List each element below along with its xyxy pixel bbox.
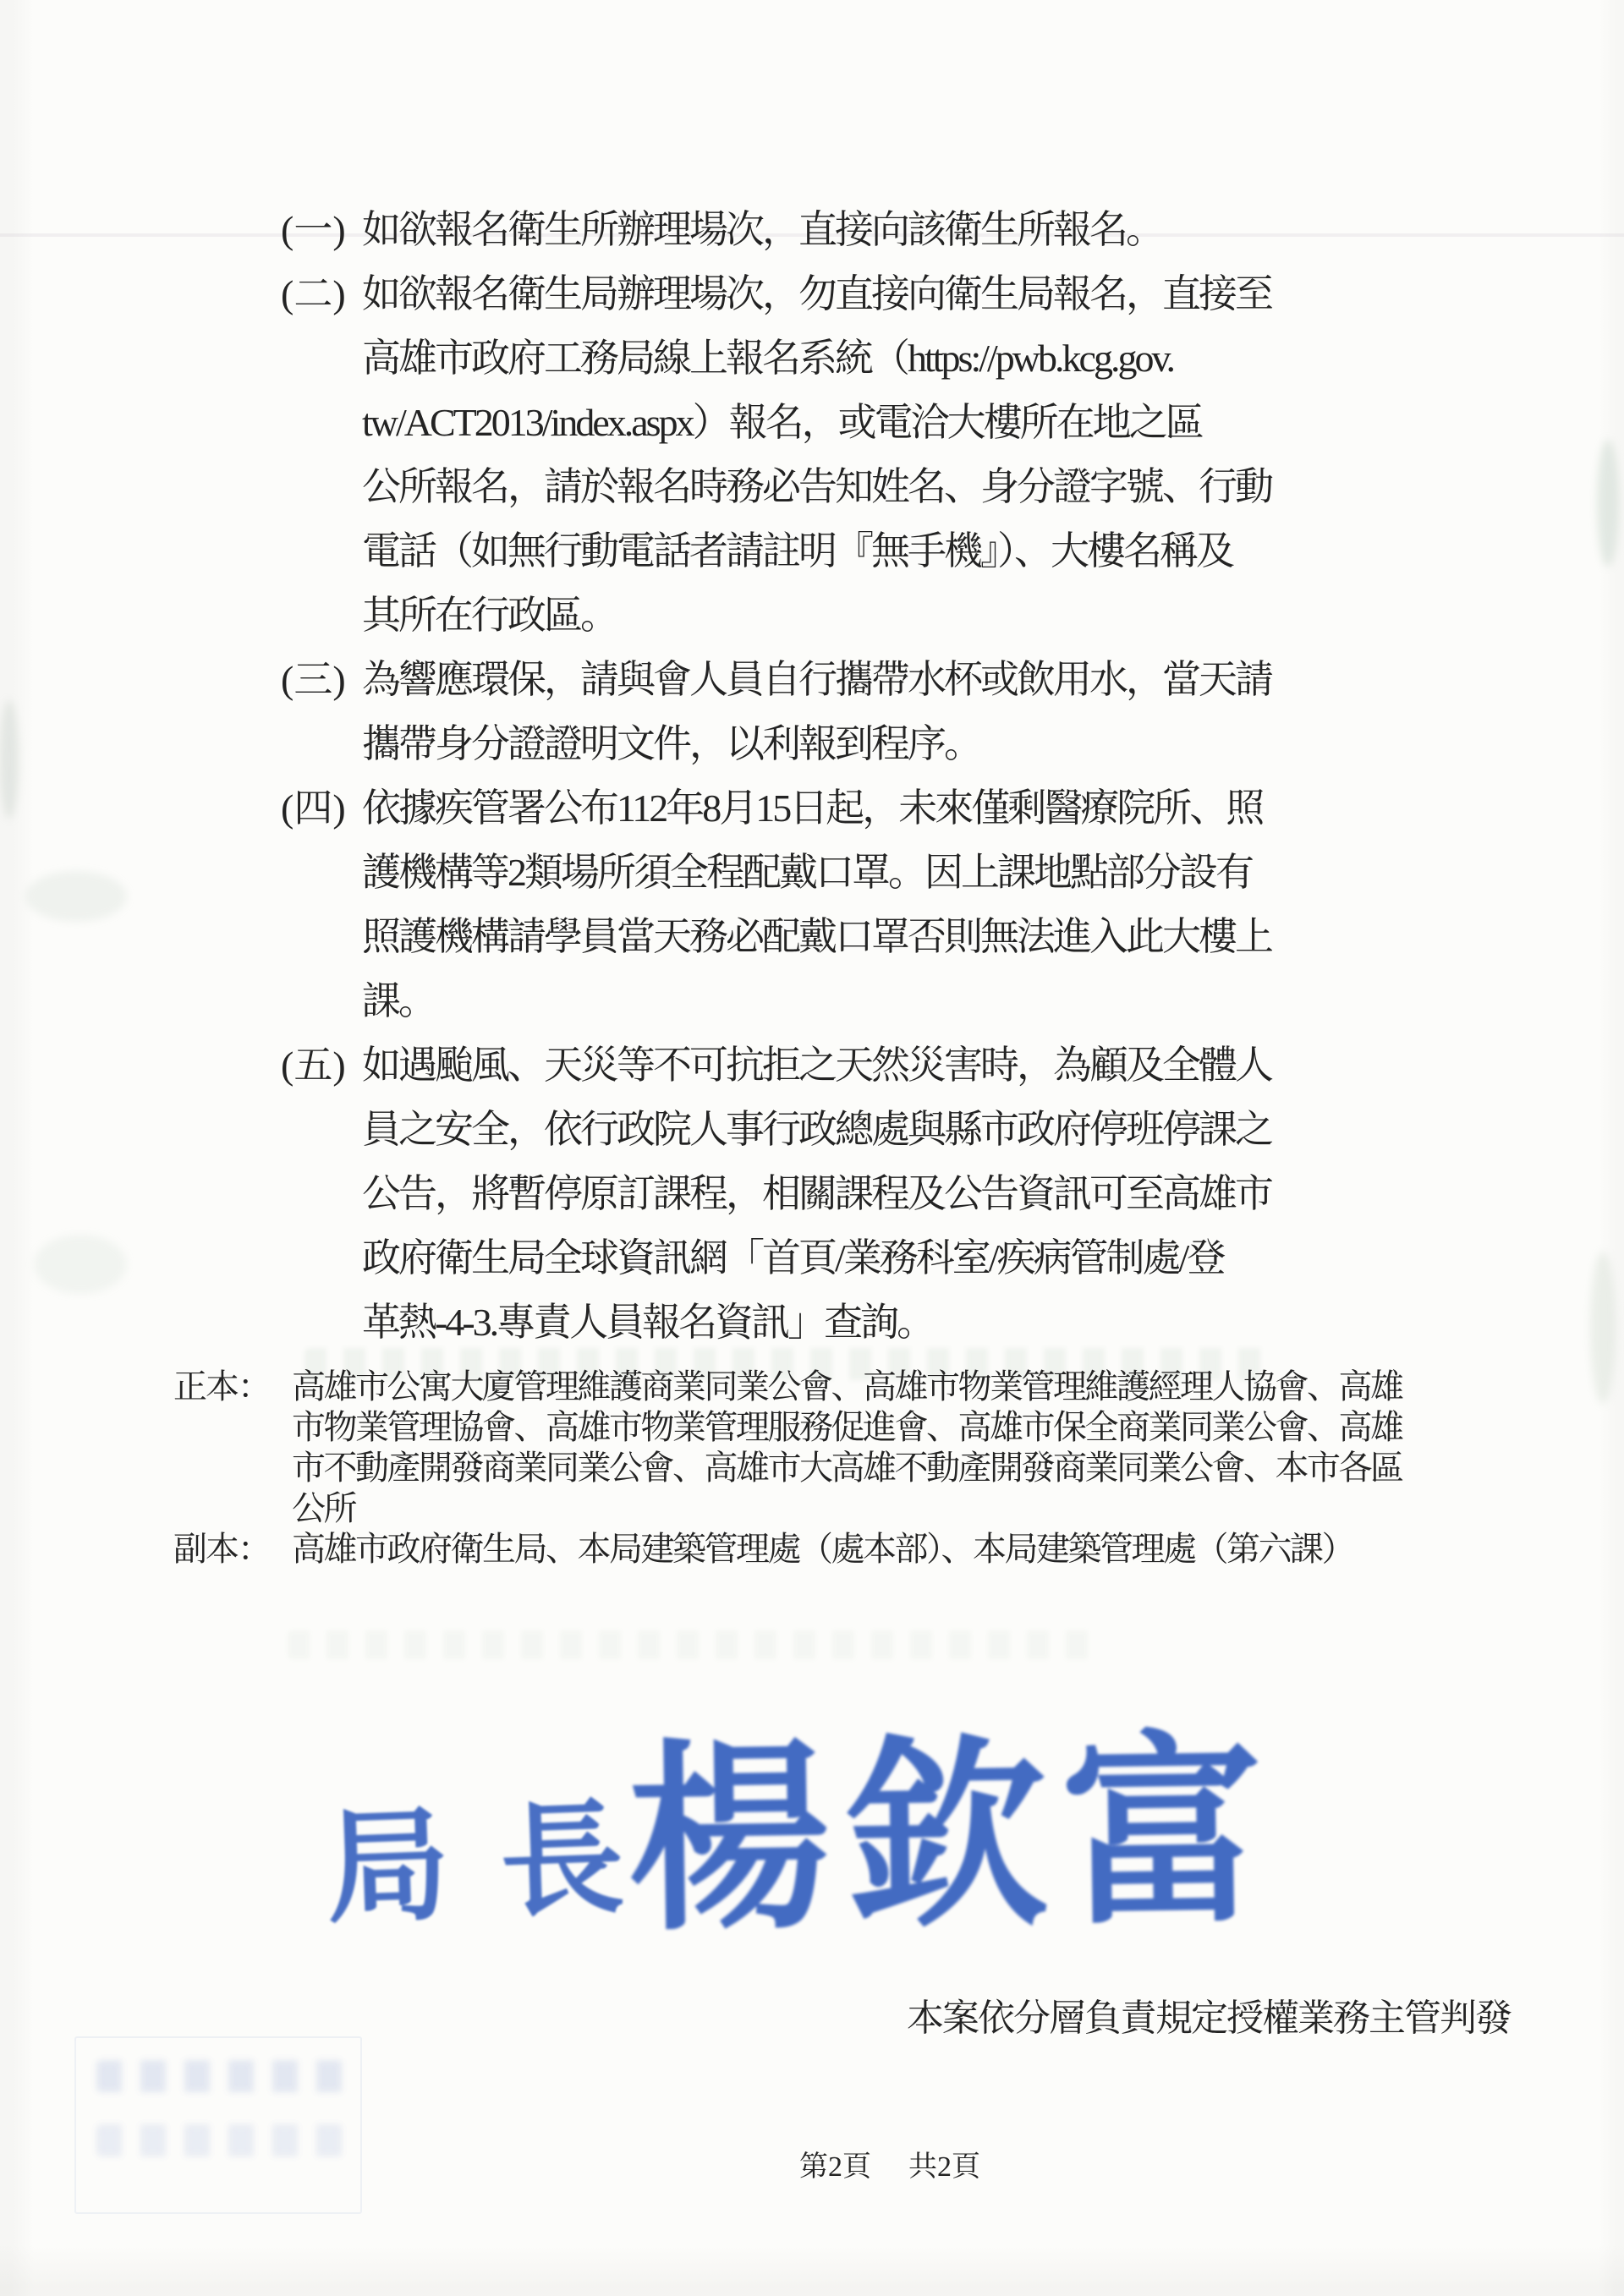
notice-list: (一)如欲報名衛生所辦理場次，直接向該衛生所報名。(二)如欲報名衛生局辦理場次，… [281,198,1296,1355]
original-recipient-lines: 高雄市公寓大廈管理維護商業同業公會、高雄市物業管理維護經理人協會、高雄市物業管理… [292,1367,1493,1529]
recipient-line: 高雄市公寓大廈管理維護商業同業公會、高雄市物業管理維護經理人協會、高雄 [292,1367,1493,1407]
notice-item: (二)如欲報名衛生局辦理場次，勿直接向衛生局報名，直接至高雄市政府工務局線上報名… [281,262,1296,648]
notice-item: (四)依據疾管署公布112年8月15日起，未來僅剩醫療院所、照護機構等2類場所須… [281,776,1296,1033]
recipient-line: 高雄市政府衛生局、本局建築管理處（處本部）、本局建築管理處（第六課） [292,1529,1493,1570]
body-line: 其所在行政區。 [362,584,1296,648]
body-line: 護機構等2類場所須全程配戴口罩。因上課地點部分設有 [362,841,1296,905]
body-line: 如遇颱風、天災等不可抗拒之天然災害時，為顧及全體人 [362,1033,1296,1098]
scan-smudge [0,700,19,819]
notice-item: (一)如欲報名衛生所辦理場次，直接向該衛生所報名。 [281,198,1296,262]
director-name-signature-stamp: 楊欽富 [626,1669,1280,1970]
page-number: 第2頁共2頁 [799,2143,980,2184]
body-line: 依據疾管署公布112年8月15日起，未來僅剩醫療院所、照 [362,776,1296,841]
recipient-line: 公所 [292,1488,1493,1529]
body-line: 攜帶身分證證明文件，以利報到程序。 [362,712,1296,776]
body-line: 課。 [362,969,1296,1033]
copy-recipient-lines: 高雄市政府衛生局、本局建築管理處（處本部）、本局建築管理處（第六課） [292,1529,1493,1570]
original-label: 正本： [173,1367,292,1407]
scan-smudge [25,871,127,922]
bleedthrough-stamp [74,2036,362,2214]
director-title-stamp: 局長 [322,1757,677,1947]
item-marker: (一) [281,198,362,262]
notice-item: (五)如遇颱風、天災等不可抗拒之天然災害時，為顧及全體人員之安全，依行政院人事行… [281,1033,1296,1355]
item-marker: (三) [281,648,362,712]
total-pages-label: 共2頁 [908,2151,980,2183]
document-page: (一)如欲報名衛生所辦理場次，直接向該衛生所報名。(二)如欲報名衛生局辦理場次，… [0,0,1624,2296]
scan-smudge [34,1235,127,1294]
body-line: 公告，將暫停原訂課程，相關課程及公告資訊可至高雄市 [362,1162,1296,1226]
item-lines: 如欲報名衛生局辦理場次，勿直接向衛生局報名，直接至高雄市政府工務局線上報名系統（… [362,262,1296,648]
current-page-label: 第2頁 [799,2151,871,2183]
item-lines: 如遇颱風、天災等不可抗拒之天然災害時，為顧及全體人員之安全，依行政院人事行政總處… [362,1033,1296,1355]
body-line: 革熱-4-3.專責人員報名資訊」查詢。 [362,1290,1296,1355]
copy-recipients: 副本： 高雄市政府衛生局、本局建築管理處（處本部）、本局建築管理處（第六課） [173,1529,1493,1570]
copy-label: 副本： [173,1529,292,1570]
body-line: 如欲報名衛生局辦理場次，勿直接向衛生局報名，直接至 [362,262,1296,326]
scan-smudge [1597,440,1619,567]
body-line: 照護機構請學員當天務必配戴口罩否則無法進入此大樓上 [362,905,1296,969]
recipient-line: 市物業管理協會、高雄市物業管理服務促進會、高雄市保全商業同業公會、高雄 [292,1407,1493,1448]
scan-smudge [1590,1252,1616,1404]
body-line: 如欲報名衛生所辦理場次，直接向該衛生所報名。 [362,198,1296,262]
body-line: 電話（如無行動電話者請註明『無手機』）、大樓名稱及 [362,519,1296,584]
bleedthrough-stamp-row [96,2060,343,2092]
body-line: tw/ACT2013/index.aspx）報名，或電洽大樓所在地之區 [362,391,1296,455]
authorization-note: 本案依分層負責規定授權業務主管判發 [907,1987,1511,2041]
original-recipients: 正本： 高雄市公寓大廈管理維護商業同業公會、高雄市物業管理維護經理人協會、高雄市… [173,1367,1493,1529]
notice-item: (三)為響應環保，請與會人員自行攜帶水杯或飲用水，當天請攜帶身分證證明文件，以利… [281,648,1296,776]
body-line: 高雄市政府工務局線上報名系統（https://pwb.kcg.gov. [362,326,1296,391]
recipients-block: 正本： 高雄市公寓大廈管理維護商業同業公會、高雄市物業管理維護經理人協會、高雄市… [173,1367,1493,1570]
recipient-line: 市不動產開發商業同業公會、高雄市大高雄不動產開發商業同業公會、本市各區 [292,1448,1493,1488]
item-lines: 如欲報名衛生所辦理場次，直接向該衛生所報名。 [362,198,1296,262]
bleedthrough-stamp-row [96,2124,343,2156]
item-marker: (五) [281,1033,362,1098]
body-line: 公所報名，請於報名時務必告知姓名、身分證字號、行動 [362,455,1296,519]
body-line: 政府衛生局全球資訊網「首頁/業務科室/疾病管制處/登 [362,1226,1296,1290]
body-line: 員之安全，依行政院人事行政總處與縣市政府停班停課之 [362,1098,1296,1162]
item-lines: 依據疾管署公布112年8月15日起，未來僅剩醫療院所、照護機構等2類場所須全程配… [362,776,1296,1033]
body-line: 為響應環保，請與會人員自行攜帶水杯或飲用水，當天請 [362,648,1296,712]
bleedthrough-smudge [288,1630,1100,1659]
item-marker: (二) [281,262,362,326]
item-marker: (四) [281,776,362,841]
item-lines: 為響應環保，請與會人員自行攜帶水杯或飲用水，當天請攜帶身分證證明文件，以利報到程… [362,648,1296,776]
